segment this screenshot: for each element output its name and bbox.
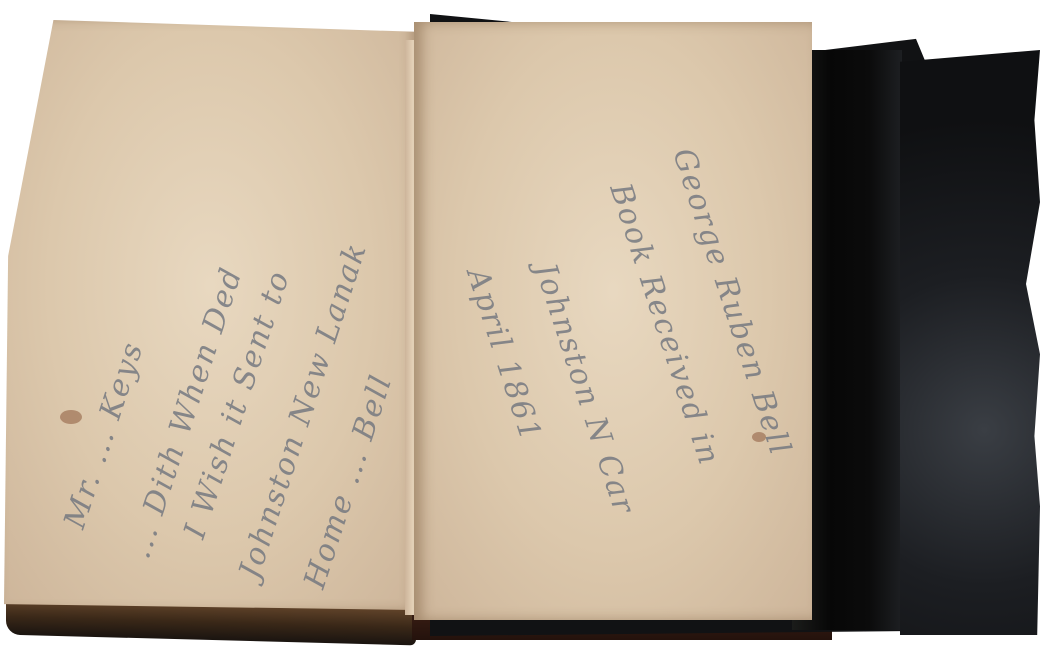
left-endpaper: Mr. ... Keys ... Dith When Ded I Wish it…: [4, 20, 416, 610]
book-photo: Mr. ... Keys ... Dith When Ded I Wish it…: [0, 0, 1046, 654]
inscription-line: Johnston N Car: [527, 259, 641, 519]
right-endpaper: George Ruben Bell Book Received in Johns…: [414, 22, 812, 620]
leather-flap: [900, 50, 1040, 635]
stain: [60, 410, 82, 424]
inscription-line: Mr. ... Keys: [57, 337, 150, 533]
